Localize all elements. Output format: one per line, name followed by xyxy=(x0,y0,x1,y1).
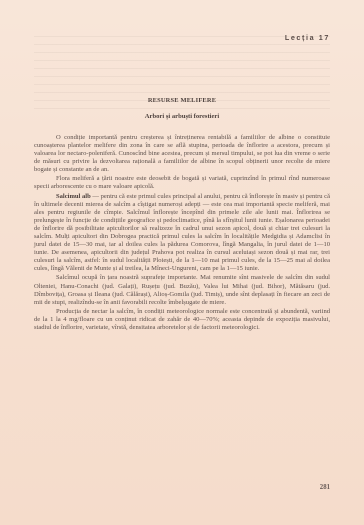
book-page: Lecția 17 RESURSE MELIFERE Arbori și arb… xyxy=(0,0,364,525)
paragraph-text: O condiție importantă pentru creșterea ș… xyxy=(34,134,330,173)
paragraph-text: Producția de nectar la salcîm, în condiț… xyxy=(34,308,330,331)
paragraph-salcim-alb: Salcimul alb — pentru că este primul cul… xyxy=(34,193,330,273)
subsection-title: Arbori și arbuști forestieri xyxy=(0,113,364,120)
paragraph-text: Flora meliferă a țării noastre este deos… xyxy=(34,175,330,190)
section-title: RESURSE MELIFERE xyxy=(0,97,364,104)
running-head: Lecția 17 xyxy=(285,33,330,42)
body-text: O condiție importantă pentru creșterea ș… xyxy=(34,134,330,333)
page-number: 281 xyxy=(320,484,330,491)
paragraph-salcim-areas: Salcîmul ocupă în țara noastră suprafețe… xyxy=(34,274,330,306)
show-through-text xyxy=(34,36,330,116)
paragraph-text: — pentru că este primul cules principal … xyxy=(34,193,330,272)
paragraph-lead-term: Salcimul alb xyxy=(56,193,91,200)
paragraph-nectar: Producția de nectar la salcîm, în condiț… xyxy=(34,308,330,332)
paragraph-intro: O condiție importantă pentru creșterea ș… xyxy=(34,134,330,174)
paragraph-flora: Flora meliferă a țării noastre este deos… xyxy=(34,175,330,191)
paragraph-text: Salcîmul ocupă în țara noastră suprafețe… xyxy=(34,274,330,305)
